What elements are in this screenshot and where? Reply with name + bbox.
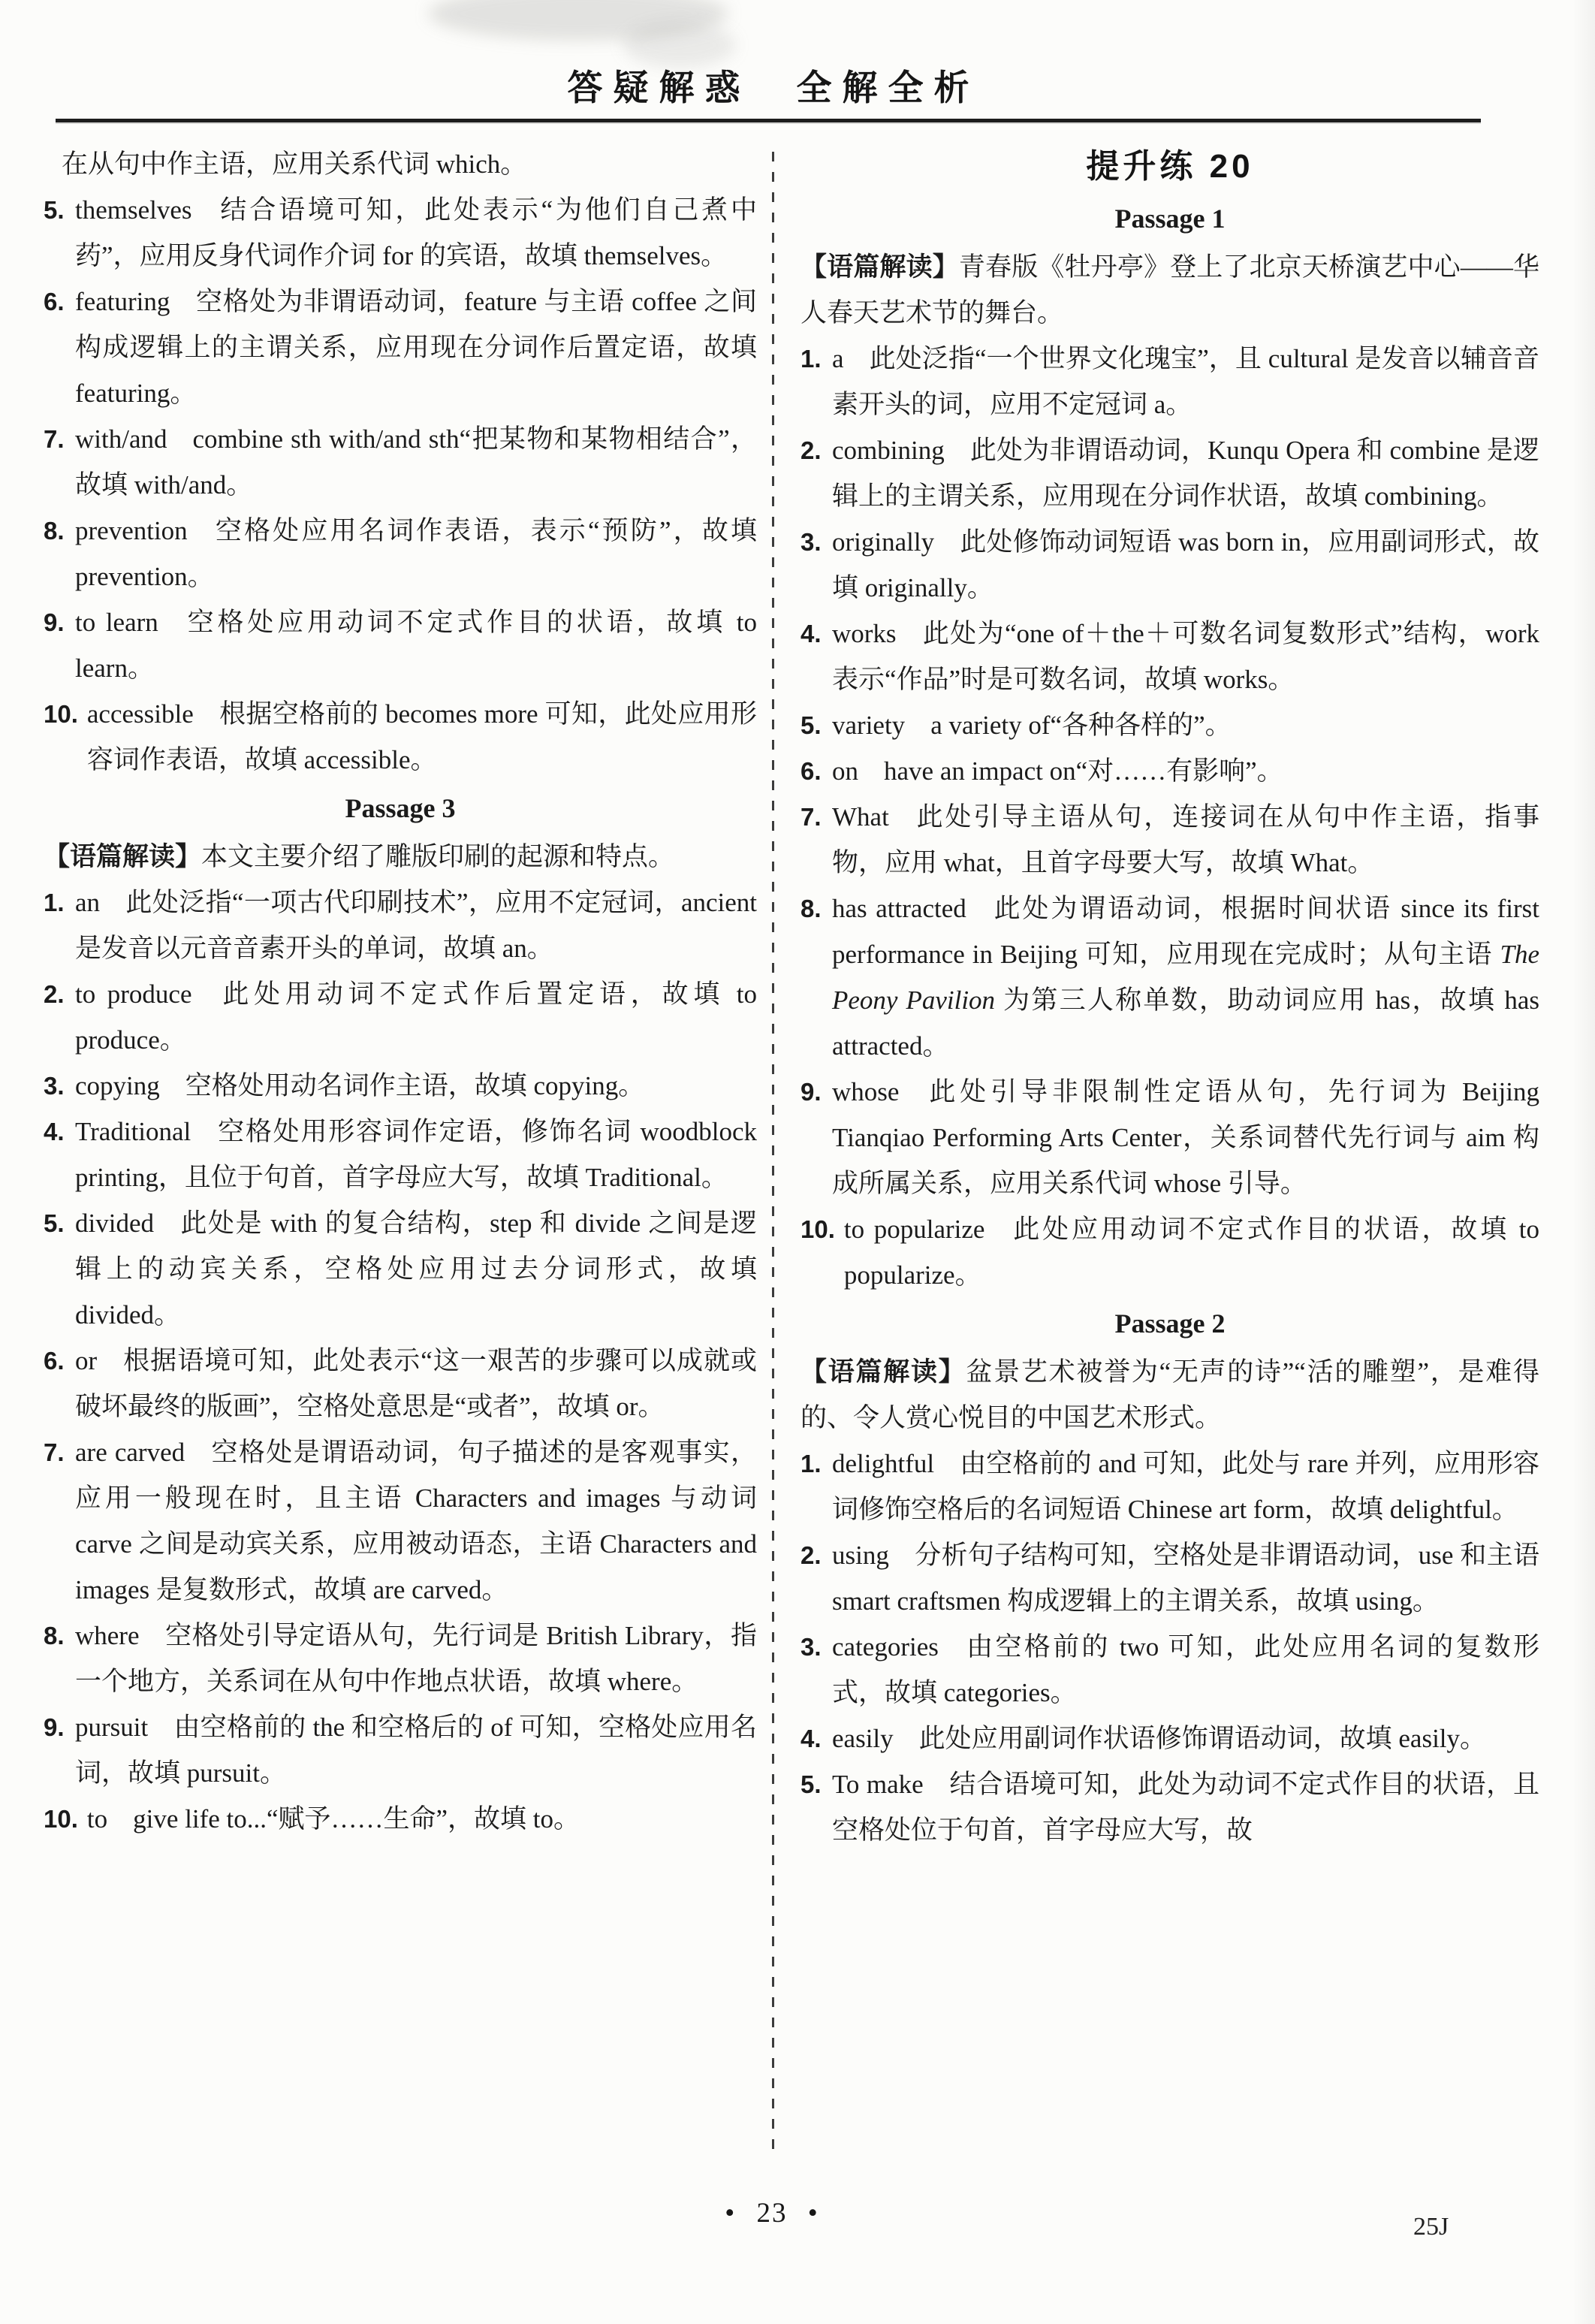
item-number: 4.: [44, 1109, 75, 1154]
right-column: 提升练 20 Passage 1 【语篇解读】青春版《牡丹亭》登上了北京天桥演艺…: [801, 141, 1539, 1853]
answer-item-10: 10. accessible根据空格前的 becomes more 可知，此处应…: [44, 691, 757, 783]
item-number: 1.: [801, 336, 832, 382]
item-answer: to learn: [75, 608, 158, 637]
item-answer: themselves: [75, 195, 192, 225]
item-answer: with/and: [75, 424, 167, 454]
item-number: 4.: [801, 611, 832, 656]
item-body: to produce此处用动词不定式作后置定语，故填 to produce。: [75, 971, 757, 1063]
item-number: 2.: [44, 971, 75, 1017]
p1-item-8: 8. has attracted此处为谓语动词，根据时间状语 since its…: [801, 886, 1539, 1069]
item-number: 8.: [44, 1613, 75, 1658]
passage1-intro: 【语篇解读】青春版《牡丹亭》登上了北京天桥演艺中心——华人春天艺术节的舞台。: [801, 244, 1539, 336]
p2-item-2: 2. using分析句子结构可知，空格处是非谓语动词，use 和主语 smart…: [801, 1532, 1539, 1624]
p2-item-1: 1. delightful由空格前的 and 可知，此处与 rare 并列，应用…: [801, 1441, 1539, 1532]
item-body: prevention空格处应用名词作表语，表示“预防”，故填 preventio…: [75, 508, 757, 599]
item-explanation: have an impact on“对……有影响”。: [884, 756, 1283, 786]
item-body: easily此处应用副词作状语修饰谓语动词，故填 easily。: [832, 1716, 1539, 1761]
item-answer: an: [75, 888, 100, 917]
item-number: 6.: [801, 748, 832, 794]
p1-item-6: 6. onhave an impact on“对……有影响”。: [801, 748, 1539, 794]
item-explanation: 分析句子结构可知，空格处是非谓语动词，use 和主语 smart craftsm…: [832, 1541, 1539, 1616]
item-number: 7.: [44, 1429, 75, 1475]
item-body: togive life to...“赋予……生命”，故填 to。: [87, 1796, 757, 1842]
print-code: 25J: [1413, 2213, 1449, 2241]
item-body: a此处泛指“一个世界文化瑰宝”，且 cultural 是发音以辅音音素开头的词，…: [832, 336, 1539, 427]
item-number: 3.: [801, 1624, 832, 1670]
p1-item-3: 3. originally此处修饰动词短语 was born in，应用副词形式…: [801, 519, 1539, 611]
item-answer: combining: [832, 436, 945, 465]
answer-item-5: 5. themselves结合语境可知，此处表示“为他们自己煮中药”，应用反身代…: [44, 187, 757, 279]
item-body: has attracted此处为谓语动词，根据时间状语 since its fi…: [832, 886, 1539, 1069]
item-answer: accessible: [87, 699, 194, 729]
item-number: 7.: [44, 416, 75, 462]
item-number: 5.: [44, 1200, 75, 1246]
passage2-intro: 【语篇解读】盆景艺术被誉为“无声的诗”“活的雕塑”，是难得的、令人赏心悦目的中国…: [801, 1349, 1539, 1441]
passage2-heading: Passage 2: [801, 1300, 1539, 1348]
carryover-line: 在从句中作主语，应用关系代词 which。: [44, 141, 757, 187]
item-body: or根据语境可知，此处表示“这一艰苦的步骤可以成就或破坏最终的版画”，空格处意思…: [75, 1338, 757, 1429]
item-body: originally此处修饰动词短语 was born in，应用副词形式，故填…: [832, 519, 1539, 611]
p3-item-10: 10. togive life to...“赋予……生命”，故填 to。: [44, 1796, 757, 1842]
item-body: themselves结合语境可知，此处表示“为他们自己煮中药”，应用反身代词作介…: [75, 187, 757, 279]
p3-item-8: 8. where空格处引导定语从句，先行词是 British Library，指…: [44, 1613, 757, 1704]
page-edge-shading: [1572, 0, 1595, 2324]
page-number: • 23 •: [689, 2197, 855, 2229]
item-number: 5.: [44, 187, 75, 233]
p1-item-9: 9. whose此处引导非限制性定语从句，先行词为 Beijing Tianqi…: [801, 1069, 1539, 1206]
p1-item-2: 2. combining此处为非谓语动词，Kunqu Opera 和 combi…: [801, 427, 1539, 519]
p2-item-5: 5. To make结合语境可知，此处为动词不定式作目的状语，且空格处位于句首，…: [801, 1761, 1539, 1853]
item-explanation: combine sth with/and sth“把某物和某物相结合”，故填 w…: [75, 424, 757, 500]
item-body: categories由空格前的 two 可知，此处应用名词的复数形式，故填 ca…: [832, 1624, 1539, 1716]
item-number: 5.: [801, 702, 832, 748]
item-body: where空格处引导定语从句，先行词是 British Library，指一个地…: [75, 1613, 757, 1704]
item-answer: whose: [832, 1077, 899, 1106]
scanned-answer-page: 答疑解惑 全解全析 在从句中作主语，应用关系代词 which。 5. thems…: [0, 0, 1595, 2324]
item-number: 6.: [44, 279, 75, 324]
item-number: 3.: [44, 1063, 75, 1109]
item-body: copying空格处用动名词作主语，故填 copying。: [75, 1063, 757, 1109]
passage1-heading: Passage 1: [801, 195, 1539, 243]
item-answer: pursuit: [75, 1713, 148, 1742]
item-explanation: 此处应用副词作状语修饰谓语动词，故填 easily。: [919, 1724, 1486, 1753]
p2-item-4: 4. easily此处应用副词作状语修饰谓语动词，故填 easily。: [801, 1716, 1539, 1761]
item-body: whose此处引导非限制性定语从句，先行词为 Beijing Tianqiao …: [832, 1069, 1539, 1206]
item-number: 9.: [801, 1069, 832, 1115]
left-column: 在从句中作主语，应用关系代词 which。 5. themselves结合语境可…: [44, 141, 757, 1853]
item-body: accessible根据空格前的 becomes more 可知，此处应用形容词…: [87, 691, 757, 783]
item-number: 10.: [801, 1206, 844, 1252]
item-explanation: a variety of“各种各样的”。: [930, 711, 1231, 740]
item-answer: originally: [832, 527, 934, 557]
p1-item-10: 10. to popularize此处应用动词不定式作目的状语，故填 to po…: [801, 1206, 1539, 1298]
item-number: 10.: [44, 691, 87, 737]
item-answer: on: [832, 756, 858, 786]
item-explanation: 根据语境可知，此处表示“这一艰苦的步骤可以成就或破坏最终的版画”，空格处意思是“…: [75, 1346, 757, 1421]
section-title: 提升练 20: [801, 141, 1539, 192]
item-body: are carved空格处是谓语动词，句子描述的是客观事实，应用一般现在时，且主…: [75, 1429, 757, 1613]
item-explanation: 空格处应用动词不定式作目的状语，故填 to learn。: [75, 608, 757, 683]
intro-label: 【语篇解读】: [801, 252, 959, 282]
page-title: 答疑解惑 全解全析: [0, 60, 1547, 110]
item-body: onhave an impact on“对……有影响”。: [832, 748, 1539, 794]
p1-item-1: 1. a此处泛指“一个世界文化瑰宝”，且 cultural 是发音以辅音音素开头…: [801, 336, 1539, 427]
item-answer: to: [87, 1804, 107, 1834]
item-answer: divided: [75, 1209, 154, 1238]
item-number: 3.: [801, 519, 832, 565]
p3-item-3: 3. copying空格处用动名词作主语，故填 copying。: [44, 1063, 757, 1109]
item-answer: or: [75, 1346, 97, 1375]
p3-item-2: 2. to produce此处用动词不定式作后置定语，故填 to produce…: [44, 971, 757, 1063]
item-explanation: 此处为“one of＋the＋可数名词复数形式”结构，work 表示“作品”时是…: [832, 619, 1539, 694]
item-answer: are carved: [75, 1438, 185, 1467]
item-explanation: 空格处为非谓语动词，feature 与主语 coffee 之间构成逻辑上的主谓关…: [75, 287, 757, 408]
answer-item-6: 6. featuring空格处为非谓语动词，feature 与主语 coffee…: [44, 279, 757, 416]
item-number: 8.: [44, 508, 75, 554]
item-explanation: 此处泛指“一项古代印刷技术”，应用不定冠词，ancient 是发音以元音音素开头…: [75, 888, 757, 963]
item-explanation: 空格处引导定语从句，先行词是 British Library，指一个地方，关系词…: [75, 1621, 757, 1696]
item-answer: delightful: [832, 1449, 934, 1478]
item-answer: where: [75, 1621, 140, 1650]
item-answer: What: [832, 802, 889, 832]
item-body: featuring空格处为非谓语动词，feature 与主语 coffee 之间…: [75, 279, 757, 416]
passage3-intro: 【语篇解读】本文主要介绍了雕版印刷的起源和特点。: [44, 834, 757, 880]
item-body: Traditional空格处用形容词作定语，修饰名词 woodblock pri…: [75, 1109, 757, 1200]
item-explanation: 此处泛指“一个世界文化瑰宝”，且 cultural 是发音以辅音音素开头的词，应…: [832, 344, 1539, 419]
answer-item-8: 8. prevention空格处应用名词作表语，表示“预防”，故填 preven…: [44, 508, 757, 599]
item-answer: copying: [75, 1071, 160, 1100]
scan-artifact: [428, 0, 728, 41]
item-body: What此处引导主语从句，连接词在从句中作主语，指事物，应用 what，且首字母…: [832, 794, 1539, 886]
p1-item-4: 4. works此处为“one of＋the＋可数名词复数形式”结构，work …: [801, 611, 1539, 702]
item-body: to popularize此处应用动词不定式作目的状语，故填 to popula…: [844, 1206, 1539, 1298]
item-explanation: 由空格前的 and 可知，此处与 rare 并列，应用形容词修饰空格后的名词短语…: [832, 1449, 1539, 1524]
item-number: 1.: [801, 1441, 832, 1486]
item-body: combining此处为非谓语动词，Kunqu Opera 和 combine …: [832, 427, 1539, 519]
item-body: to learn空格处应用动词不定式作目的状语，故填 to learn。: [75, 599, 757, 691]
intro-text: 本文主要介绍了雕版印刷的起源和特点。: [201, 842, 674, 871]
header-rule: [56, 119, 1481, 122]
item-number: 9.: [44, 1704, 75, 1750]
item-explanation: 此处修饰动词短语 was born in，应用副词形式，故填 originall…: [832, 527, 1539, 602]
item-explanation: 结合语境可知，此处为动词不定式作目的状语，且空格处位于句首，首字母应大写，故: [832, 1770, 1539, 1845]
item-number: 7.: [801, 794, 832, 840]
content-columns: 在从句中作主语，应用关系代词 which。 5. themselves结合语境可…: [44, 141, 1539, 1853]
item-answer: Traditional: [75, 1117, 191, 1146]
passage3-heading: Passage 3: [44, 785, 757, 832]
item-number: 4.: [801, 1716, 832, 1761]
item-body: with/andcombine sth with/and sth“把某物和某物相…: [75, 416, 757, 508]
item-number: 2.: [801, 1532, 832, 1578]
item-answer: variety: [832, 711, 905, 740]
item-answer: works: [832, 619, 897, 648]
item-answer: To make: [832, 1770, 924, 1799]
item-answer: categories: [832, 1632, 939, 1662]
item-number: 6.: [44, 1338, 75, 1384]
item-explanation: 由空格前的 the 和空格后的 of 可知，空格处应用名词，故填 pursuit…: [75, 1713, 757, 1788]
item-explanation: 空格处用动名词作主语，故填 copying。: [185, 1071, 645, 1100]
item-answer: featuring: [75, 287, 170, 316]
item-answer: prevention: [75, 516, 188, 545]
p3-item-6: 6. or根据语境可知，此处表示“这一艰苦的步骤可以成就或破坏最终的版画”，空格…: [44, 1338, 757, 1429]
item-body: divided此处是 with 的复合结构，step 和 divide 之间是逻…: [75, 1200, 757, 1338]
answer-item-9: 9. to learn空格处应用动词不定式作目的状语，故填 to learn。: [44, 599, 757, 691]
intro-label: 【语篇解读】: [44, 842, 201, 871]
item-explanation: 此处是 with 的复合结构，step 和 divide 之间是逻辑上的动宾关系…: [75, 1209, 757, 1330]
item-body: To make结合语境可知，此处为动词不定式作目的状语，且空格处位于句首，首字母…: [832, 1761, 1539, 1853]
item-number: 10.: [44, 1796, 87, 1842]
item-body: delightful由空格前的 and 可知，此处与 rare 并列，应用形容词…: [832, 1441, 1539, 1532]
p2-item-3: 3. categories由空格前的 two 可知，此处应用名词的复数形式，故填…: [801, 1624, 1539, 1716]
p3-item-4: 4. Traditional空格处用形容词作定语，修饰名词 woodblock …: [44, 1109, 757, 1200]
item-number: 2.: [801, 427, 832, 473]
item-answer: to popularize: [844, 1215, 985, 1244]
p3-item-1: 1. an此处泛指“一项古代印刷技术”，应用不定冠词，ancient 是发音以元…: [44, 880, 757, 971]
item-explanation: 此处引导非限制性定语从句，先行词为 Beijing Tianqiao Perfo…: [832, 1077, 1539, 1198]
item-body: pursuit由空格前的 the 和空格后的 of 可知，空格处应用名词，故填 …: [75, 1704, 757, 1796]
item-number: 1.: [44, 880, 75, 925]
item-answer: to produce: [75, 979, 192, 1009]
item-body: works此处为“one of＋the＋可数名词复数形式”结构，work 表示“…: [832, 611, 1539, 702]
item-body: varietya variety of“各种各样的”。: [832, 702, 1539, 748]
p3-item-5: 5. divided此处是 with 的复合结构，step 和 divide 之…: [44, 1200, 757, 1338]
p3-item-7: 7. are carved空格处是谓语动词，句子描述的是客观事实，应用一般现在时…: [44, 1429, 757, 1613]
item-answer: a: [832, 344, 844, 373]
item-number: 8.: [801, 886, 832, 931]
p1-item-5: 5. varietya variety of“各种各样的”。: [801, 702, 1539, 748]
item-explanation: give life to...“赋予……生命”，故填 to。: [133, 1804, 580, 1834]
item-body: using分析句子结构可知，空格处是非谓语动词，use 和主语 smart cr…: [832, 1532, 1539, 1624]
p3-item-9: 9. pursuit由空格前的 the 和空格后的 of 可知，空格处应用名词，…: [44, 1704, 757, 1796]
item-number: 9.: [44, 599, 75, 645]
item-number: 5.: [801, 1761, 832, 1807]
p1-item-7: 7. What此处引导主语从句，连接词在从句中作主语，指事物，应用 what，且…: [801, 794, 1539, 886]
item-body: an此处泛指“一项古代印刷技术”，应用不定冠词，ancient 是发音以元音音素…: [75, 880, 757, 971]
item-explanation: 此处引导主语从句，连接词在从句中作主语，指事物，应用 what，且首字母要大写，…: [832, 802, 1539, 877]
item-answer: has attracted: [832, 894, 966, 923]
intro-label: 【语篇解读】: [801, 1357, 966, 1387]
answer-item-7: 7. with/andcombine sth with/and sth“把某物和…: [44, 416, 757, 508]
item-answer: using: [832, 1541, 889, 1570]
item-answer: easily: [832, 1724, 894, 1753]
